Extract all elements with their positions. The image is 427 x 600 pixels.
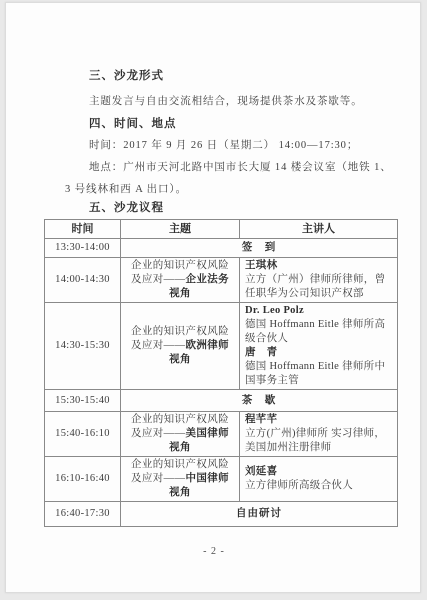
agenda-row-teabreak: 15:30-15:40 茶 歇 [45, 390, 398, 412]
time-cell: 15:40-16:10 [45, 412, 121, 457]
agenda-row-china: 16:10-16:40 企业的知识产权风险及应对——中国律师视角 刘延喜 立方律… [45, 457, 398, 502]
agenda-row-europe: 14:30-15:30 企业的知识产权风险及应对——欧洲律师视角 Dr. Leo… [45, 303, 398, 390]
topic-cell: 企业的知识产权风险及应对——中国律师视角 [121, 457, 240, 502]
speaker-name: Dr. Leo Polz [245, 304, 392, 318]
time-cell: 16:10-16:40 [45, 457, 121, 502]
time-cell: 14:00-14:30 [45, 258, 121, 303]
agenda-header-row: 时间 主题 主讲人 [45, 220, 398, 239]
speaker-desc: 立方（广州）律师所律师，曾任职华为公司知识产权部 [245, 273, 392, 301]
signin-cell: 签 到 [121, 239, 398, 258]
speaker-cell: 刘延喜 立方律师所高级合伙人 [240, 457, 398, 502]
document-page: 三、沙龙形式 主题发言与自由交流相结合，现场提供茶水及茶歇等。 四、时间、地点 … [5, 2, 421, 593]
speaker-desc: 德国 Hoffmann Eitle 律师所中国事务主管 [245, 360, 392, 388]
time-cell: 14:30-15:30 [45, 303, 121, 390]
agenda-row-discussion: 16:40-17:30 自由研讨 [45, 502, 398, 527]
speaker-name: 王琪林 [245, 259, 392, 273]
time-cell: 16:40-17:30 [45, 502, 121, 527]
section-3-heading: 三、沙龙形式 [89, 67, 164, 83]
header-cell-speaker: 主讲人 [240, 220, 398, 239]
speaker-desc: 德国 Hoffmann Eitle 律师所高级合伙人 [245, 318, 392, 346]
free-discussion-cell: 自由研讨 [121, 502, 398, 527]
event-place-line-1: 地点：广州市天河北路中国市长大厦 14 楼会议室（地铁 1、 [89, 159, 392, 174]
section-5-heading: 五、沙龙议程 [89, 199, 164, 215]
speaker-cell: 程芊芊 立方(广州)律师所 实习律师，美国加州注册律师 [240, 412, 398, 457]
topic-cell: 企业的知识产权风险及应对——美国律师视角 [121, 412, 240, 457]
speaker-name: 程芊芊 [245, 413, 392, 427]
time-cell: 13:30-14:00 [45, 239, 121, 258]
speaker-name: 唐 青 [245, 346, 392, 360]
section-4-heading: 四、时间、地点 [89, 115, 177, 131]
speaker-desc: 立方律师所高级合伙人 [245, 479, 392, 493]
agenda-row-corporate: 14:00-14:30 企业的知识产权风险及应对——企业法务视角 王琪林 立方（… [45, 258, 398, 303]
speaker-cell: 王琪林 立方（广州）律师所律师，曾任职华为公司知识产权部 [240, 258, 398, 303]
speaker-cell: Dr. Leo Polz 德国 Hoffmann Eitle 律师所高级合伙人 … [240, 303, 398, 390]
agenda-row-signin: 13:30-14:00 签 到 [45, 239, 398, 258]
topic-cell: 企业的知识产权风险及应对——企业法务视角 [121, 258, 240, 303]
agenda-table: 时间 主题 主讲人 13:30-14:00 签 到 14:00-14:30 企业… [44, 219, 398, 527]
speaker-desc: 立方(广州)律师所 实习律师，美国加州注册律师 [245, 427, 392, 455]
time-cell: 15:30-15:40 [45, 390, 121, 412]
page-number: - 2 - [6, 546, 422, 557]
header-cell-topic: 主题 [121, 220, 240, 239]
teabreak-cell: 茶 歇 [121, 390, 398, 412]
speaker-name: 刘延喜 [245, 465, 392, 479]
section-3-body: 主题发言与自由交流相结合，现场提供茶水及茶歇等。 [89, 93, 363, 108]
scanned-document-page: { "colors": { "page_background": "#fdfdf… [0, 0, 427, 600]
header-cell-time: 时间 [45, 220, 121, 239]
agenda-row-usa: 15:40-16:10 企业的知识产权风险及应对——美国律师视角 程芊芊 立方(… [45, 412, 398, 457]
event-place-line-2: 3 号线林和西 A 出口）。 [65, 181, 187, 196]
topic-cell: 企业的知识产权风险及应对——欧洲律师视角 [121, 303, 240, 390]
event-time-line: 时间：2017 年 9 月 26 日（星期二） 14:00—17:30； [89, 137, 358, 152]
